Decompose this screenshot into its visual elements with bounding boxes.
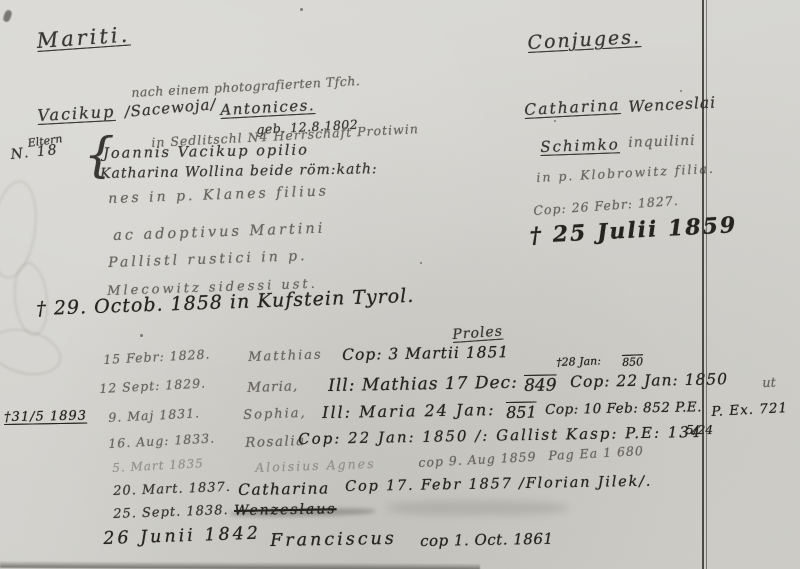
child-row-date: 12 Sept: 1829. [99,376,206,395]
child-row-date: 15 Febr: 1828. [103,347,211,366]
child-row-margin-ref: P. Ex. 721 [711,401,788,420]
child-row-name: Matthias [248,348,323,365]
bride-status: inquilini [628,134,696,152]
child-row-cop: Cop: 22 Jan: 1850 [570,371,728,391]
child-row-cop: Cop 17. Febr 1857 /Florian Jilek/. [345,475,652,496]
child-row-note: Cop: 3 Martii 1851 [342,344,509,364]
paper-speck [420,262,422,264]
child-row-cop: Cop: 10 Feb: 852 P.E. [545,400,702,418]
groom-death-line: † 29. Octob. 1858 in Kufstein Tyrol. [36,286,415,320]
child-row-cop: cop 9. Aug 1859 [418,450,537,470]
child-row-year: 851 [506,403,537,421]
bride-marriage-date: Cop: 26 Febr: 1827. [533,194,679,218]
child-row-superscript-year: 850 [622,356,643,369]
child-row-name: Sophia, [243,407,307,424]
groom-photo-note: nach einem photografierten Tfch. [131,74,361,100]
child-row-margin-ref: 5/24 [686,424,713,437]
child-row-name-crossed-out: Wenzeslaus [234,502,337,519]
child-row-name: Rosalia [245,434,306,451]
child-row-name: Maria, [247,379,298,396]
record-number: N. 18 [10,143,59,163]
child-row-margin-ref: ut [762,377,776,392]
paper-speck [300,8,303,11]
margin-note-1893: †31/5 1893 [4,410,87,426]
child-row-date: 9. Maj 1831. [108,406,200,425]
child-row-date: 5. Mart 1835 [112,457,204,475]
proles-header: Proles [452,324,503,343]
child-row-year: 849 [524,376,557,395]
child-row-page-ref: Pag Ea 1 680 [548,444,644,463]
groom-mother: Katharina Wollina beide röm:kath: [100,162,378,182]
bride-origin: in p. Klobrowitz filia. [536,162,715,185]
child-row-date: 25. Sept. 1838. [113,504,229,522]
paper-speck [554,120,556,122]
header-conjuges: Conjuges. [527,27,641,54]
groom-note-line5: Pallistl rustici in p. [108,249,308,271]
paper-speck [680,90,682,92]
bleed-through-mark [10,260,52,337]
child-row-date: 16. Aug: 1833. [108,431,215,450]
groom-note-line4: ac adoptivus Martini [113,222,326,245]
child-row-date: 20. Mart. 1837. [113,481,231,499]
paper-speck [140,334,143,337]
child-row-note: Ill: Maria 24 Jan: [322,401,496,422]
child-row-date: 26 Junii 1842 [103,524,261,549]
page-bottom-edge-shadow [0,561,480,569]
groom-note-line3: nes in p. Klanes filius [108,184,329,207]
bleed-through-mark [0,322,66,383]
groom-father: Joannis Vacikup opilio [103,143,309,163]
header-mariti: Mariti. [36,23,131,53]
groom-surname: Vacikup [37,103,116,125]
child-row-note: Ill: Mathias 17 Dec: [328,374,518,396]
child-row-name: Franciscus [270,530,397,551]
child-row-name: Aloisius Agnes [255,457,376,475]
parish-register-scan: Mariti. Conjuges. nach einem photografie… [0,0,800,569]
child-row-superscript: †28 Jan: [556,355,601,369]
child-row-name: Catharina [238,480,330,499]
column-rule-outer [702,0,704,569]
groom-firstname: Antonices. [220,97,315,118]
corner-ink-fleck [2,9,13,23]
bride-firstname: Catharina [524,97,621,119]
erased-text-smudge [388,501,568,515]
column-rule-inner [706,0,707,569]
child-row-cop: cop 1. Oct. 1861 [420,531,554,550]
bride-surname: Schimko [540,136,620,155]
